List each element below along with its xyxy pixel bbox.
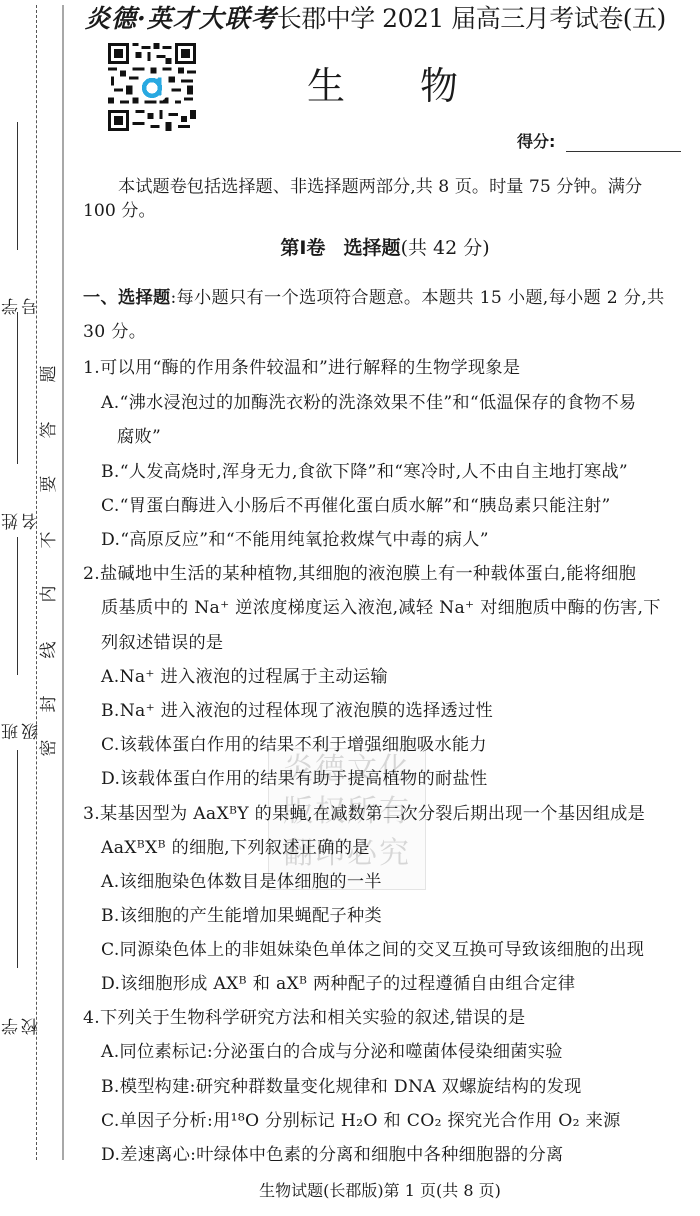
option-a[interactable]: A.“沸水浸泡过的加酶洗衣粉的洗涤效果不佳”和“低温保存的食物不易 <box>101 391 636 415</box>
option-label: B. <box>101 462 120 482</box>
seal-char: 答 <box>39 419 59 441</box>
option-b[interactable]: B.该细胞的产生能增加果蝇配子种类 <box>101 904 382 928</box>
option-label: A. <box>101 667 119 687</box>
seal-char: 线 <box>39 639 59 661</box>
name-field-label: 姓 名 <box>2 470 22 530</box>
question-number: 2. <box>83 564 100 584</box>
option-label: C. <box>101 735 120 755</box>
section-title-volume: 第Ⅰ卷 <box>280 237 325 259</box>
option-label: D. <box>101 1145 120 1165</box>
option-a[interactable]: A.该细胞染色体数目是体细胞的一半 <box>101 870 382 894</box>
field-underline <box>17 537 18 675</box>
option-text: Na⁺ 进入液泡的过程体现了液泡膜的选择透过性 <box>120 701 493 721</box>
option-c[interactable]: C.单因子分析:用¹⁸O 分别标记 H₂O 和 CO₂ 探究光合作用 O₂ 来源 <box>101 1109 621 1133</box>
option-label: B. <box>101 1077 120 1097</box>
question-stem: 1.可以用“酶的作用条件较温和”进行解释的生物学现象是 <box>83 356 520 380</box>
score-label: 得分: <box>517 130 555 154</box>
option-label: D. <box>101 769 120 789</box>
field-underline <box>17 750 18 968</box>
question-number: 1. <box>83 358 100 378</box>
option-d[interactable]: D.该细胞形成 AXᴮ 和 aXᴮ 两种配子的过程遵循自由组合定律 <box>101 972 575 996</box>
field-underline <box>17 122 18 250</box>
option-text: 该载体蛋白作用的结果有助于提高植物的耐盐性 <box>120 769 487 789</box>
section-title-points: (共 42 分) <box>401 237 490 259</box>
option-text: 同位素标记:分泌蛋白的合成与分泌和噬菌体侵染细菌实验 <box>119 1042 562 1062</box>
option-text: 同源染色体上的非姐妹染色单体之间的交叉互换可导致该细胞的出现 <box>120 940 645 960</box>
option-text: Na⁺ 进入液泡的过程属于主动运输 <box>119 667 387 687</box>
option-text: “高原反应”和“不能用纯氧抢救煤气中毒的病人” <box>120 530 489 550</box>
field-underline <box>17 312 18 464</box>
option-d[interactable]: D.差速离心:叶绿体中色素的分离和细胞中各种细胞器的分离 <box>101 1143 564 1167</box>
option-label: A. <box>101 1042 119 1062</box>
option-c[interactable]: C.同源染色体上的非姐妹染色单体之间的交叉互换可导致该细胞的出现 <box>101 938 644 962</box>
seal-char: 内 <box>39 583 59 605</box>
student-id-field-label: 学 号 <box>2 255 22 315</box>
score-field[interactable] <box>566 151 681 152</box>
option-text: 该载体蛋白作用的结果不利于增强细胞吸水能力 <box>120 735 487 755</box>
school-field-label: 学 校 <box>2 975 22 1035</box>
question-stem: 4.下列关于生物科学研究方法和相关实验的叙述,错误的是 <box>83 1006 525 1030</box>
option-c[interactable]: C.该载体蛋白作用的结果不利于增强细胞吸水能力 <box>101 733 487 757</box>
seal-char: 要 <box>39 473 59 495</box>
part-heading: 一、选择题 <box>83 288 170 308</box>
seal-dashed-line <box>36 5 37 1160</box>
question-stem-text: 某基因型为 AaXᴮY 的果蝇,在减数第二次分裂后期出现一个基因组成是 <box>100 804 645 824</box>
question-stem: 3.某基因型为 AaXᴮY 的果蝇,在减数第二次分裂后期出现一个基因组成是 <box>83 802 645 826</box>
exam-brand: 炎德·英才大联考 <box>85 4 277 33</box>
question-number: 3. <box>83 804 100 824</box>
question-number: 4. <box>83 1008 100 1028</box>
question-stem-text: 盐碱地中生活的某种植物,其细胞的液泡膜上有一种载体蛋白,能将细胞 <box>100 564 636 584</box>
question-stem-text: AaXᴮXᴮ 的细胞,下列叙述正确的是 <box>101 836 370 860</box>
page-footer: 生物试题(长郡版)第 1 页(共 8 页) <box>0 1180 700 1202</box>
margin-divider <box>62 5 64 1160</box>
seal-char: 密 <box>39 737 59 759</box>
option-text: “人发高烧时,浑身无力,食欲下降”和“寒冷时,人不由自主地打寒战” <box>120 462 628 482</box>
option-a[interactable]: A.同位素标记:分泌蛋白的合成与分泌和噬菌体侵染细菌实验 <box>101 1040 563 1064</box>
seal-char: 封 <box>39 693 59 715</box>
option-d[interactable]: D.“高原反应”和“不能用纯氧抢救煤气中毒的病人” <box>101 528 489 552</box>
option-label: C. <box>101 940 120 960</box>
option-b[interactable]: B.模型构建:研究种群数量变化规律和 DNA 双螺旋结构的发现 <box>101 1075 582 1099</box>
exam-title: 炎德·英才大联考长郡中学 2021 届高三月考试卷(五) <box>85 2 666 36</box>
option-label: B. <box>101 906 120 926</box>
section-title-type: 选择题 <box>344 237 401 259</box>
question-stem-text: 下列关于生物科学研究方法和相关实验的叙述,错误的是 <box>100 1008 525 1028</box>
option-label: D. <box>101 530 120 550</box>
option-text: 该细胞形成 AXᴮ 和 aXᴮ 两种配子的过程遵循自由组合定律 <box>120 974 575 994</box>
exam-name: 长郡中学 2021 届高三月考试卷(五) <box>277 4 666 33</box>
option-b[interactable]: B.“人发高烧时,浑身无力,食欲下降”和“寒冷时,人不由自主地打寒战” <box>101 460 628 484</box>
question-stem-text: 列叙述错误的是 <box>101 631 223 655</box>
option-a-continued: 腐败” <box>117 425 161 449</box>
section-title: 第Ⅰ卷 选择题(共 42 分) <box>0 233 700 263</box>
option-label: D. <box>101 974 120 994</box>
question-stem-text: 可以用“酶的作用条件较温和”进行解释的生物学现象是 <box>100 358 520 378</box>
option-label: A. <box>101 393 119 413</box>
option-text: 单因子分析:用¹⁸O 分别标记 H₂O 和 CO₂ 探究光合作用 O₂ 来源 <box>120 1111 621 1131</box>
option-text: 该细胞的产生能增加果蝇配子种类 <box>120 906 382 926</box>
question-stem: 2.盐碱地中生活的某种植物,其细胞的液泡膜上有一种载体蛋白,能将细胞 <box>83 562 636 586</box>
option-label: A. <box>101 872 119 892</box>
option-a[interactable]: A.Na⁺ 进入液泡的过程属于主动运输 <box>101 665 388 689</box>
intro-text: 本试题卷包括选择题、非选择题两部分,共 8 页。时量 75 分钟。满分 <box>118 175 642 200</box>
option-text: 该细胞染色体数目是体细胞的一半 <box>119 872 381 892</box>
question-stem-text: 质基质中的 Na⁺ 逆浓度梯度运入液泡,减轻 Na⁺ 对细胞质中酶的伤害,下 <box>101 596 661 620</box>
option-text: “沸水浸泡过的加酶洗衣粉的洗涤效果不佳”和“低温保存的食物不易 <box>119 393 636 413</box>
part-instructions-text: :每小题只有一个选项符合题意。本题共 15 小题,每小题 2 分,共 <box>170 288 664 308</box>
subject-title-char: 物 <box>420 63 458 109</box>
option-text: “胃蛋白酶进入小肠后不再催化蛋白质水解”和“胰岛素只能注射” <box>120 496 611 516</box>
intro-text: 100 分。 <box>83 199 156 224</box>
option-label: C. <box>101 496 120 516</box>
qr-code-icon[interactable] <box>108 43 196 131</box>
option-d[interactable]: D.该载体蛋白作用的结果有助于提高植物的耐盐性 <box>101 767 487 791</box>
class-field-label: 班 级 <box>2 680 22 740</box>
part-instructions: 一、选择题:每小题只有一个选项符合题意。本题共 15 小题,每小题 2 分,共 <box>83 286 665 310</box>
subject-title-char: 生 <box>307 63 345 109</box>
option-b[interactable]: B.Na⁺ 进入液泡的过程体现了液泡膜的选择透过性 <box>101 699 493 723</box>
part-instructions-text: 30 分。 <box>83 320 146 344</box>
option-label: B. <box>101 701 120 721</box>
seal-char: 题 <box>39 363 59 385</box>
seal-char: 不 <box>39 529 59 551</box>
option-text: 差速离心:叶绿体中色素的分离和细胞中各种细胞器的分离 <box>120 1145 563 1165</box>
option-c[interactable]: C.“胃蛋白酶进入小肠后不再催化蛋白质水解”和“胰岛素只能注射” <box>101 494 611 518</box>
option-text: 模型构建:研究种群数量变化规律和 DNA 双螺旋结构的发现 <box>120 1077 582 1097</box>
option-label: C. <box>101 1111 120 1131</box>
